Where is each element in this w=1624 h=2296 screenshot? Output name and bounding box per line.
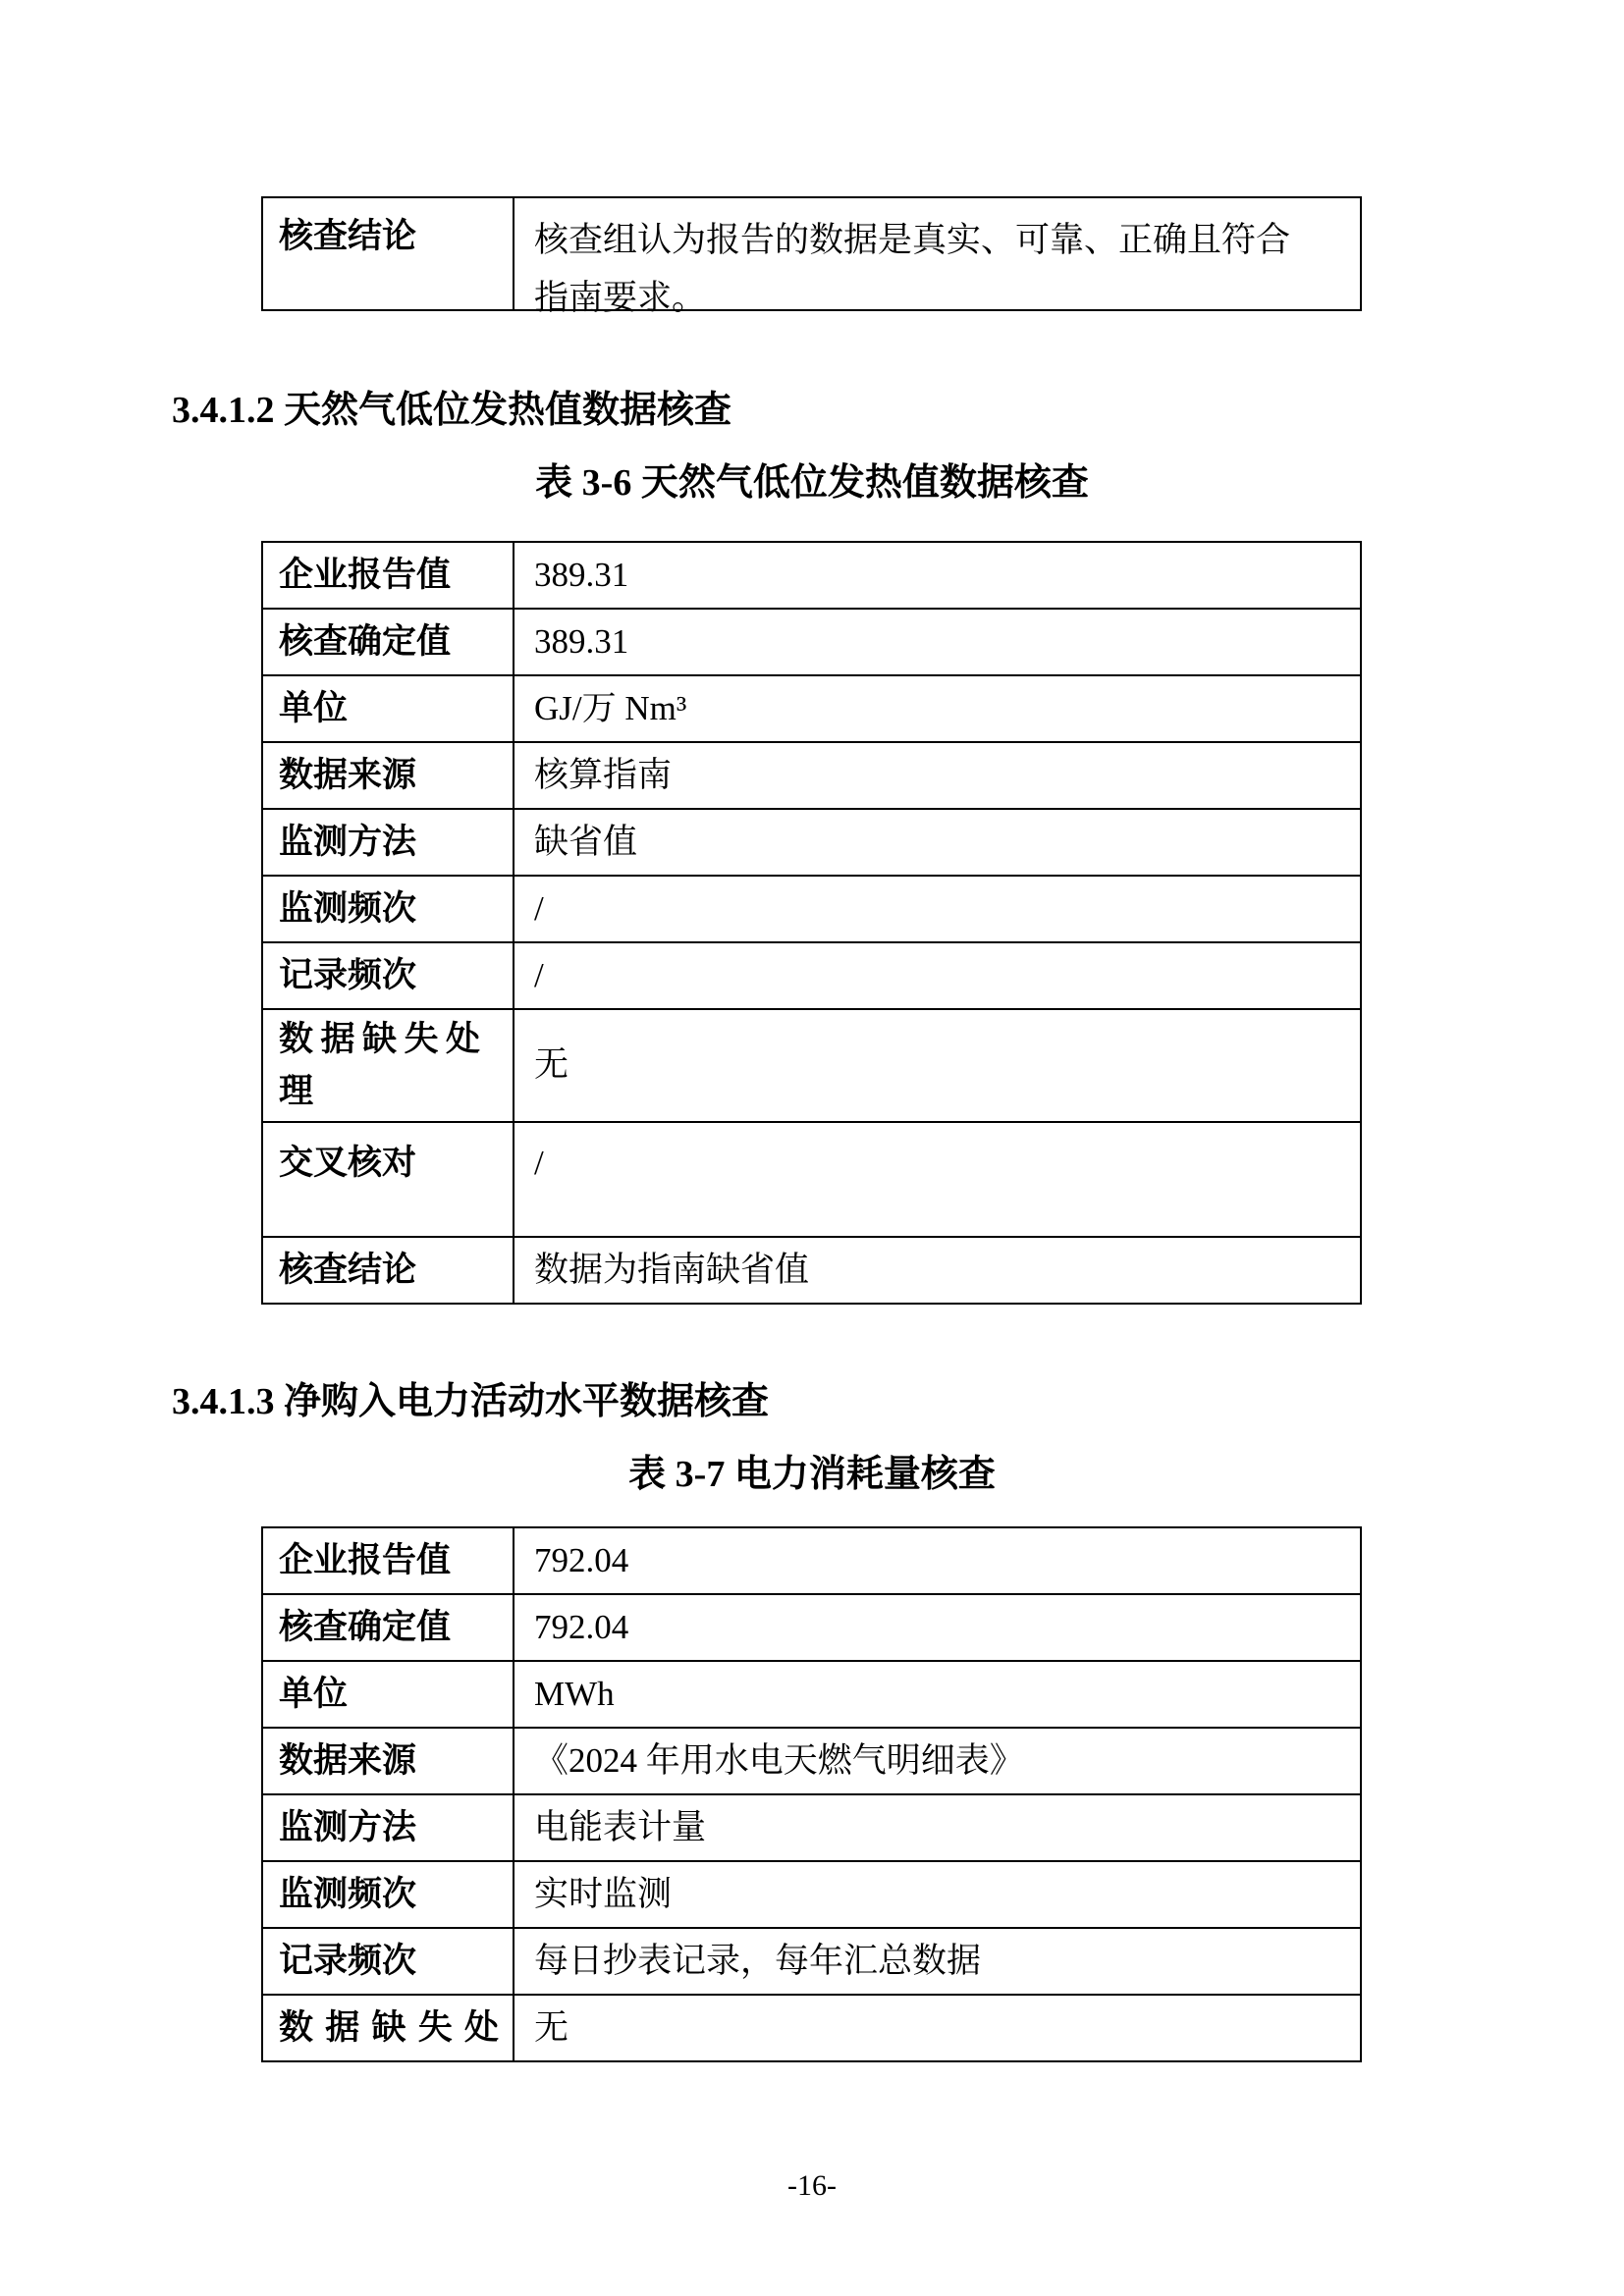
row-label: 数据来源 [279, 751, 416, 801]
row-label-cell: 数据来源 [263, 1729, 514, 1793]
row-value-cell: 无 [514, 1996, 1360, 2060]
row-value-cell: 792.04 [514, 1595, 1360, 1660]
row-label: 数据缺失处 [279, 2003, 499, 2054]
table-row: 数据缺失处无 [263, 1994, 1360, 2060]
row-value: / [534, 1139, 544, 1189]
row-value: 无 [534, 1041, 568, 1091]
row-value: 389.31 [534, 551, 628, 601]
row-label-cell: 交叉核对 [263, 1123, 514, 1236]
row-value-cell: 389.31 [514, 610, 1360, 674]
row-label-cell: 单位 [263, 1662, 514, 1727]
table-row: 监测频次实时监测 [263, 1860, 1360, 1927]
row-value: 389.31 [534, 617, 628, 667]
row-value: 每日抄表记录，每年汇总数据 [534, 1937, 981, 1987]
table-row: 企业报告值389.31 [263, 543, 1360, 608]
row-label-cell: 记录频次 [263, 943, 514, 1008]
row-value: / [534, 884, 544, 934]
row-value-cell: GJ/万 Nm³ [514, 676, 1360, 741]
row-label: 企业报告值 [279, 551, 451, 601]
row-label-cell: 数据缺失处 [263, 1996, 514, 2060]
row-value: GJ/万 Nm³ [534, 684, 686, 734]
table-row: 数据来源《2024 年用水电天燃气明细表》 [263, 1727, 1360, 1793]
row-label-cell: 监测频次 [263, 877, 514, 941]
table-row: 监测方法缺省值 [263, 808, 1360, 875]
section-heading-3413: 3.4.1.3 净购入电力活动水平数据核查 [172, 1380, 769, 1425]
row-value: 缺省值 [534, 818, 637, 868]
row-label: 单位 [279, 1670, 348, 1720]
row-value-cell: 缺省值 [514, 810, 1360, 875]
row-label-cell: 监测频次 [263, 1862, 514, 1927]
row-label-cell: 记录频次 [263, 1929, 514, 1994]
table-row: 核查结论数据为指南缺省值 [263, 1236, 1360, 1303]
row-label-cell: 核查确定值 [263, 1595, 514, 1660]
table-row: 核查确定值389.31 [263, 608, 1360, 674]
row-label: 监测频次 [279, 884, 416, 934]
page: 核查结论核查组认为报告的数据是真实、可靠、正确且符合指南要求。 3.4.1.2 … [0, 0, 1624, 2296]
table-3-7: 企业报告值792.04核查确定值792.04单位MWh数据来源《2024 年用水… [261, 1526, 1362, 2062]
table-row: 核查确定值792.04 [263, 1593, 1360, 1660]
row-value-cell: 389.31 [514, 543, 1360, 608]
table-row: 交叉核对/ [263, 1121, 1360, 1236]
row-value: 实时监测 [534, 1870, 672, 1920]
row-label: 数据缺失处理 [279, 1014, 480, 1117]
row-value: 电能表计量 [534, 1803, 706, 1853]
row-value: MWh [534, 1670, 615, 1720]
row-label-cell: 核查结论 [263, 1238, 514, 1303]
table-row: 单位GJ/万 Nm³ [263, 674, 1360, 741]
row-value-cell: / [514, 1123, 1360, 1236]
row-label-cell: 数据来源 [263, 743, 514, 808]
row-value-cell: 每日抄表记录，每年汇总数据 [514, 1929, 1360, 1994]
section-heading-3412: 3.4.1.2 天然气低位发热值数据核查 [172, 389, 731, 434]
table-row: 数据来源核算指南 [263, 741, 1360, 808]
row-label: 监测方法 [279, 818, 416, 868]
row-value-cell: 实时监测 [514, 1862, 1360, 1927]
row-label: 记录频次 [279, 1937, 416, 1987]
row-value-cell: 电能表计量 [514, 1795, 1360, 1860]
row-label-cell: 单位 [263, 676, 514, 741]
row-label: 企业报告值 [279, 1536, 451, 1586]
row-value-cell: 核算指南 [514, 743, 1360, 808]
row-label: 监测频次 [279, 1870, 416, 1920]
row-label-cell: 数据缺失处理 [263, 1010, 514, 1121]
row-label: 核查结论 [279, 212, 416, 262]
row-value-cell: 核查组认为报告的数据是真实、可靠、正确且符合指南要求。 [514, 198, 1360, 309]
row-value-cell: MWh [514, 1662, 1360, 1727]
table-3-6: 企业报告值389.31核查确定值389.31单位GJ/万 Nm³数据来源核算指南… [261, 541, 1362, 1305]
row-label: 监测方法 [279, 1803, 416, 1853]
table-row: 记录频次/ [263, 941, 1360, 1008]
row-value: 《2024 年用水电天燃气明细表》 [534, 1736, 1024, 1787]
row-label-cell: 企业报告值 [263, 1528, 514, 1593]
row-value: 核查组认为报告的数据是真实、可靠、正确且符合指南要求。 [534, 212, 1315, 328]
row-label-cell: 监测方法 [263, 1795, 514, 1860]
row-value-cell: 792.04 [514, 1528, 1360, 1593]
row-label: 核查确定值 [279, 617, 451, 667]
row-value: 792.04 [534, 1536, 628, 1586]
row-label: 单位 [279, 684, 348, 734]
table-row: 单位MWh [263, 1660, 1360, 1727]
table-3-6-title: 表 3-6 天然气低位发热值数据核查 [0, 461, 1624, 507]
page-number: -16- [0, 2169, 1624, 2203]
table-row: 监测方法电能表计量 [263, 1793, 1360, 1860]
row-value-cell: 无 [514, 1010, 1360, 1121]
row-label: 核查结论 [279, 1246, 416, 1296]
table-3-7-title: 表 3-7 电力消耗量核查 [0, 1453, 1624, 1498]
row-label-cell: 企业报告值 [263, 543, 514, 608]
row-value-cell: 《2024 年用水电天燃气明细表》 [514, 1729, 1360, 1793]
row-value-cell: / [514, 943, 1360, 1008]
table-row: 记录频次每日抄表记录，每年汇总数据 [263, 1927, 1360, 1994]
table-row: 监测频次/ [263, 875, 1360, 941]
row-label-cell: 核查确定值 [263, 610, 514, 674]
row-value: / [534, 951, 544, 1001]
row-label: 交叉核对 [279, 1139, 416, 1189]
row-label-cell: 核查结论 [263, 198, 514, 309]
verification-conclusion-table: 核查结论核查组认为报告的数据是真实、可靠、正确且符合指南要求。 [261, 196, 1362, 311]
table-row: 核查结论核查组认为报告的数据是真实、可靠、正确且符合指南要求。 [263, 198, 1360, 309]
row-value: 无 [534, 2003, 568, 2054]
table-row: 企业报告值792.04 [263, 1528, 1360, 1593]
row-label: 记录频次 [279, 951, 416, 1001]
row-value: 数据为指南缺省值 [534, 1246, 809, 1296]
row-value-cell: / [514, 877, 1360, 941]
row-label-cell: 监测方法 [263, 810, 514, 875]
row-label: 核查确定值 [279, 1603, 451, 1653]
row-value: 核算指南 [534, 751, 672, 801]
table-row: 数据缺失处理无 [263, 1008, 1360, 1121]
row-value-cell: 数据为指南缺省值 [514, 1238, 1360, 1303]
row-value: 792.04 [534, 1603, 628, 1653]
row-label: 数据来源 [279, 1736, 416, 1787]
